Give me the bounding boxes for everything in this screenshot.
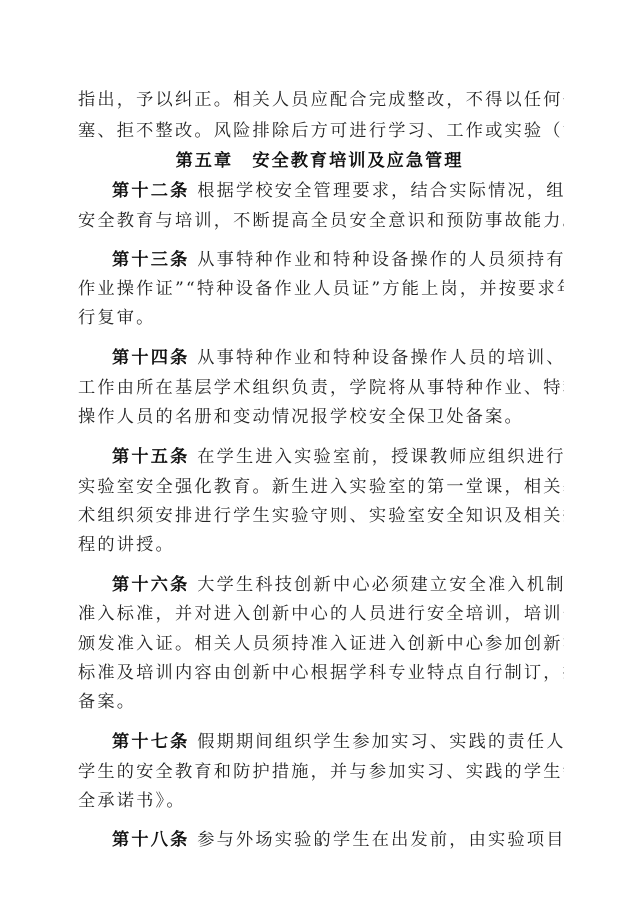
article-label: 第十七条 — [112, 732, 190, 752]
line-text: 操作人员的名册和变动情况报学校安全保卫处备案。 — [78, 407, 524, 427]
line-text: 标准及培训内容由创新中心根据学科专业特点自行制订，报学院 — [78, 663, 564, 683]
line-text: 准入标准，并对进入创新中心的人员进行安全培训，培训合格后 — [78, 604, 564, 624]
line-text: 从事特种作业和特种设备操作人员的培训、复审等 — [190, 348, 564, 368]
text-line: 全承诺书》。 — [78, 784, 564, 818]
page-number: 5 — [0, 838, 639, 849]
article-12: 第十二条 根据学校安全管理要求，结合实际情况，组织开展 — [112, 174, 564, 208]
text-line: 安全教育与培训，不断提高全员安全意识和预防事故能力。 — [78, 204, 564, 238]
article-label: 第十二条 — [112, 181, 190, 201]
text-line: 备案。 — [78, 685, 564, 719]
chapter-heading: 第五章 安全教育培训及应急管理 — [0, 146, 639, 176]
line-text: 行复审。 — [78, 308, 156, 328]
text-line: 准入标准，并对进入创新中心的人员进行安全培训，培训合格后 — [78, 597, 564, 631]
article-17: 第十七条 假期期间组织学生参加实习、实践的责任人须做好 — [112, 725, 564, 759]
line-text: 颁发准入证。相关人员须持准入证进入创新中心参加创新活动。 — [78, 634, 564, 654]
article-14: 第十四条 从事特种作业和特种设备操作人员的培训、复审等 — [112, 341, 564, 375]
line-text: 塞、拒不整改。风险排除后方可进行学习、工作或实验（试验）。 — [78, 121, 564, 141]
text-line: 行复审。 — [78, 301, 564, 335]
article-15: 第十五条 在学生进入实验室前，授课教师应组织进行专门的 — [112, 440, 564, 474]
line-text: 指出，予以纠正。相关人员应配合完成整改，不得以任何借口搪 — [78, 90, 564, 110]
article-label: 第十四条 — [112, 348, 190, 368]
text-line: 操作人员的名册和变动情况报学校安全保卫处备案。 — [78, 400, 564, 434]
article-label: 第十五条 — [112, 447, 190, 467]
line-text: 全承诺书》。 — [78, 791, 186, 811]
article-label: 第十三条 — [112, 250, 190, 270]
line-text: 根据学校安全管理要求，结合实际情况，组织开展 — [190, 181, 564, 201]
line-text: 作业操作证”“特种设备作业人员证”方能上岗，并按要求年限进 — [78, 279, 564, 299]
line-text: 备案。 — [78, 692, 136, 712]
line-text: 假期期间组织学生参加实习、实践的责任人须做好 — [190, 732, 564, 752]
text-line: 指出，予以纠正。相关人员应配合完成整改，不得以任何借口搪 — [78, 83, 564, 117]
line-text: 从事特种作业和特种设备操作的人员须持有“特种 — [190, 250, 564, 270]
line-text: 程的讲授。 — [78, 535, 175, 555]
line-text: 在学生进入实验室前，授课教师应组织进行专门的 — [190, 447, 564, 467]
line-text: 工作由所在基层学术组织负责，学院将从事特种作业、特种设备 — [78, 378, 564, 398]
line-text: 术组织须安排进行学生实验守则、实验室安全知识及相关操作规 — [78, 506, 564, 526]
line-text: 大学生科技创新中心必须建立安全准入机制、制定 — [190, 575, 564, 595]
line-text: 安全教育与培训，不断提高全员安全意识和预防事故能力。 — [78, 211, 564, 231]
article-label: 第十六条 — [112, 575, 190, 595]
text-line: 程的讲授。 — [78, 528, 564, 562]
line-text: 学生的安全教育和防护措施，并与参加实习、实践的学生签订《安 — [78, 762, 564, 782]
line-text: 实验室安全强化教育。新生进入实验室的第一堂课，相关基层学 — [78, 477, 564, 497]
text-line: 塞、拒不整改。风险排除后方可进行学习、工作或实验（试验）。 — [78, 114, 564, 148]
